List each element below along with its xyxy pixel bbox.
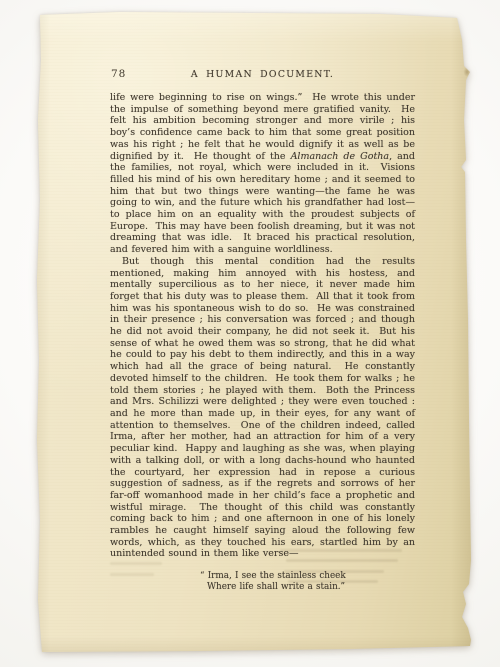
paragraph-first-continuation: life were beginning to rise on wings.” H… <box>110 92 415 256</box>
running-title: A HUMAN DOCUMENT. <box>110 69 415 80</box>
paragraph-second: But though this mental condition had the… <box>110 256 415 560</box>
verse-line-2: Where life shall write a stain.” <box>207 582 415 593</box>
book-page-scan: 78 A HUMAN DOCUMENT. life were beginning… <box>36 12 473 654</box>
scan-background: 78 A HUMAN DOCUMENT. life were beginning… <box>0 0 500 667</box>
verse-quote: “ Irma, I see the stainless cheek Where … <box>110 571 415 592</box>
paper-shadow-wrap: 78 A HUMAN DOCUMENT. life were beginning… <box>0 0 500 667</box>
paragraph-text: , and the families, not royal, which wer… <box>110 151 415 256</box>
body-text: life were beginning to rise on wings.” H… <box>110 92 415 592</box>
page-header: 78 A HUMAN DOCUMENT. <box>110 68 415 82</box>
verse-line-1: “ Irma, I see the stainless cheek <box>200 571 415 582</box>
italic-book-title: Almanach de Gotha <box>291 151 390 162</box>
